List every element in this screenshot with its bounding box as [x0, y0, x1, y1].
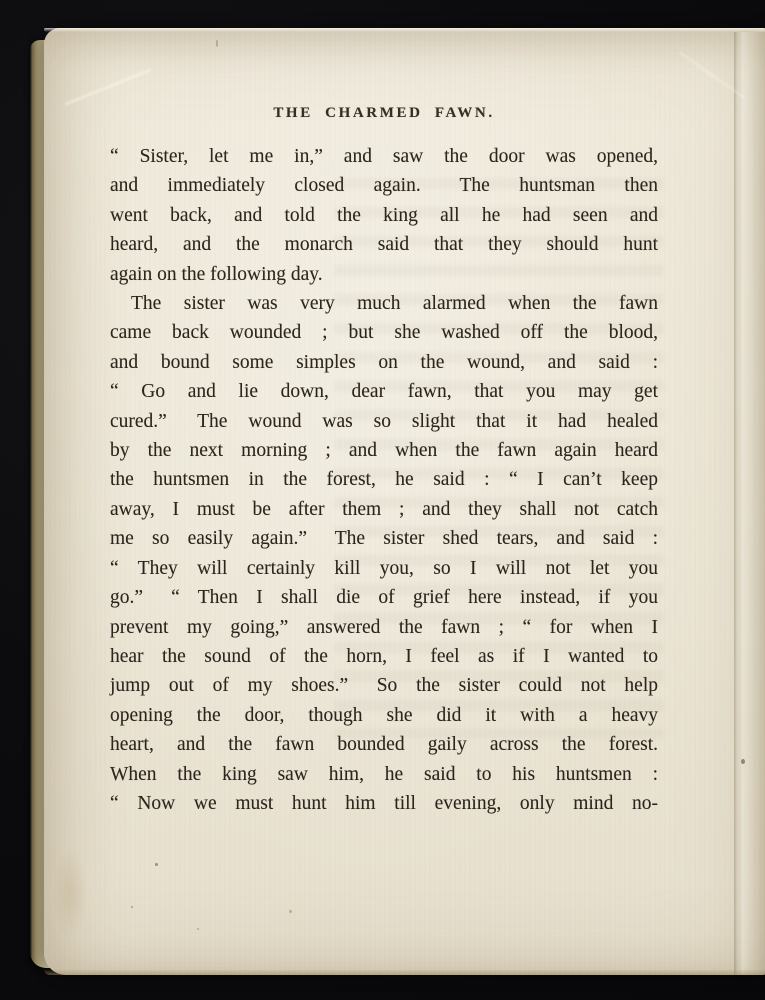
text-line: “ Sister, let me in,” and saw the door w…: [110, 142, 658, 171]
text-line: hear the sound of the horn, I feel as if…: [110, 642, 658, 671]
paper-speck: [741, 759, 745, 764]
adjacent-page-edge: [734, 32, 765, 975]
text-line: and immediately closed again. The huntsm…: [110, 171, 658, 200]
paper-speck: [197, 928, 199, 930]
book-page: THE CHARMED FAWN. “ Sister, let me in,” …: [44, 28, 765, 975]
photo-background: THE CHARMED FAWN. “ Sister, let me in,” …: [0, 0, 765, 1000]
text-line: When the king saw him, he said to his hu…: [110, 760, 658, 789]
text-line: opening the door, though she did it with…: [110, 701, 658, 730]
text-line: away, I must be after them ; and they sh…: [110, 495, 658, 524]
paper-speck: [289, 910, 292, 913]
text-line: by the next morning ; and when the fawn …: [110, 436, 658, 465]
paper-stain: [52, 848, 88, 938]
text-line: cured.” The wound was so slight that it …: [110, 407, 658, 436]
text-line: heard, and the monarch said that they sh…: [110, 230, 658, 259]
text-line: the huntsmen in the forest, he said : “ …: [110, 465, 658, 494]
corner-crease: [65, 69, 151, 105]
text-line: came back wounded ; but she washed off t…: [110, 318, 658, 347]
paper-speck: [216, 40, 218, 47]
text-line: me so easily again.” The sister shed tea…: [110, 524, 658, 553]
text-line: prevent my going,” answered the fawn ; “…: [110, 613, 658, 642]
text-line: “ Go and lie down, dear fawn, that you m…: [110, 377, 658, 406]
text-line: went back, and told the king all he had …: [110, 201, 658, 230]
running-head: THE CHARMED FAWN.: [110, 105, 658, 122]
text-line: again on the following day.: [110, 260, 658, 289]
paper-speck: [131, 906, 133, 908]
text-line: jump out of my shoes.” So the sister cou…: [110, 671, 658, 700]
page-text: “ Sister, let me in,” and saw the door w…: [110, 142, 658, 818]
text-line: “ Now we must hunt him till evening, onl…: [110, 789, 658, 818]
text-line: and bound some simples on the wound, and…: [110, 348, 658, 377]
text-line: “ They will certainly kill you, so I wil…: [110, 554, 658, 583]
paper-speck: [155, 863, 158, 866]
text-line: heart, and the fawn bounded gaily across…: [110, 730, 658, 759]
text-line: go.” “ Then I shall die of grief here in…: [110, 583, 658, 612]
text-line: The sister was very much alarmed when th…: [110, 289, 658, 318]
